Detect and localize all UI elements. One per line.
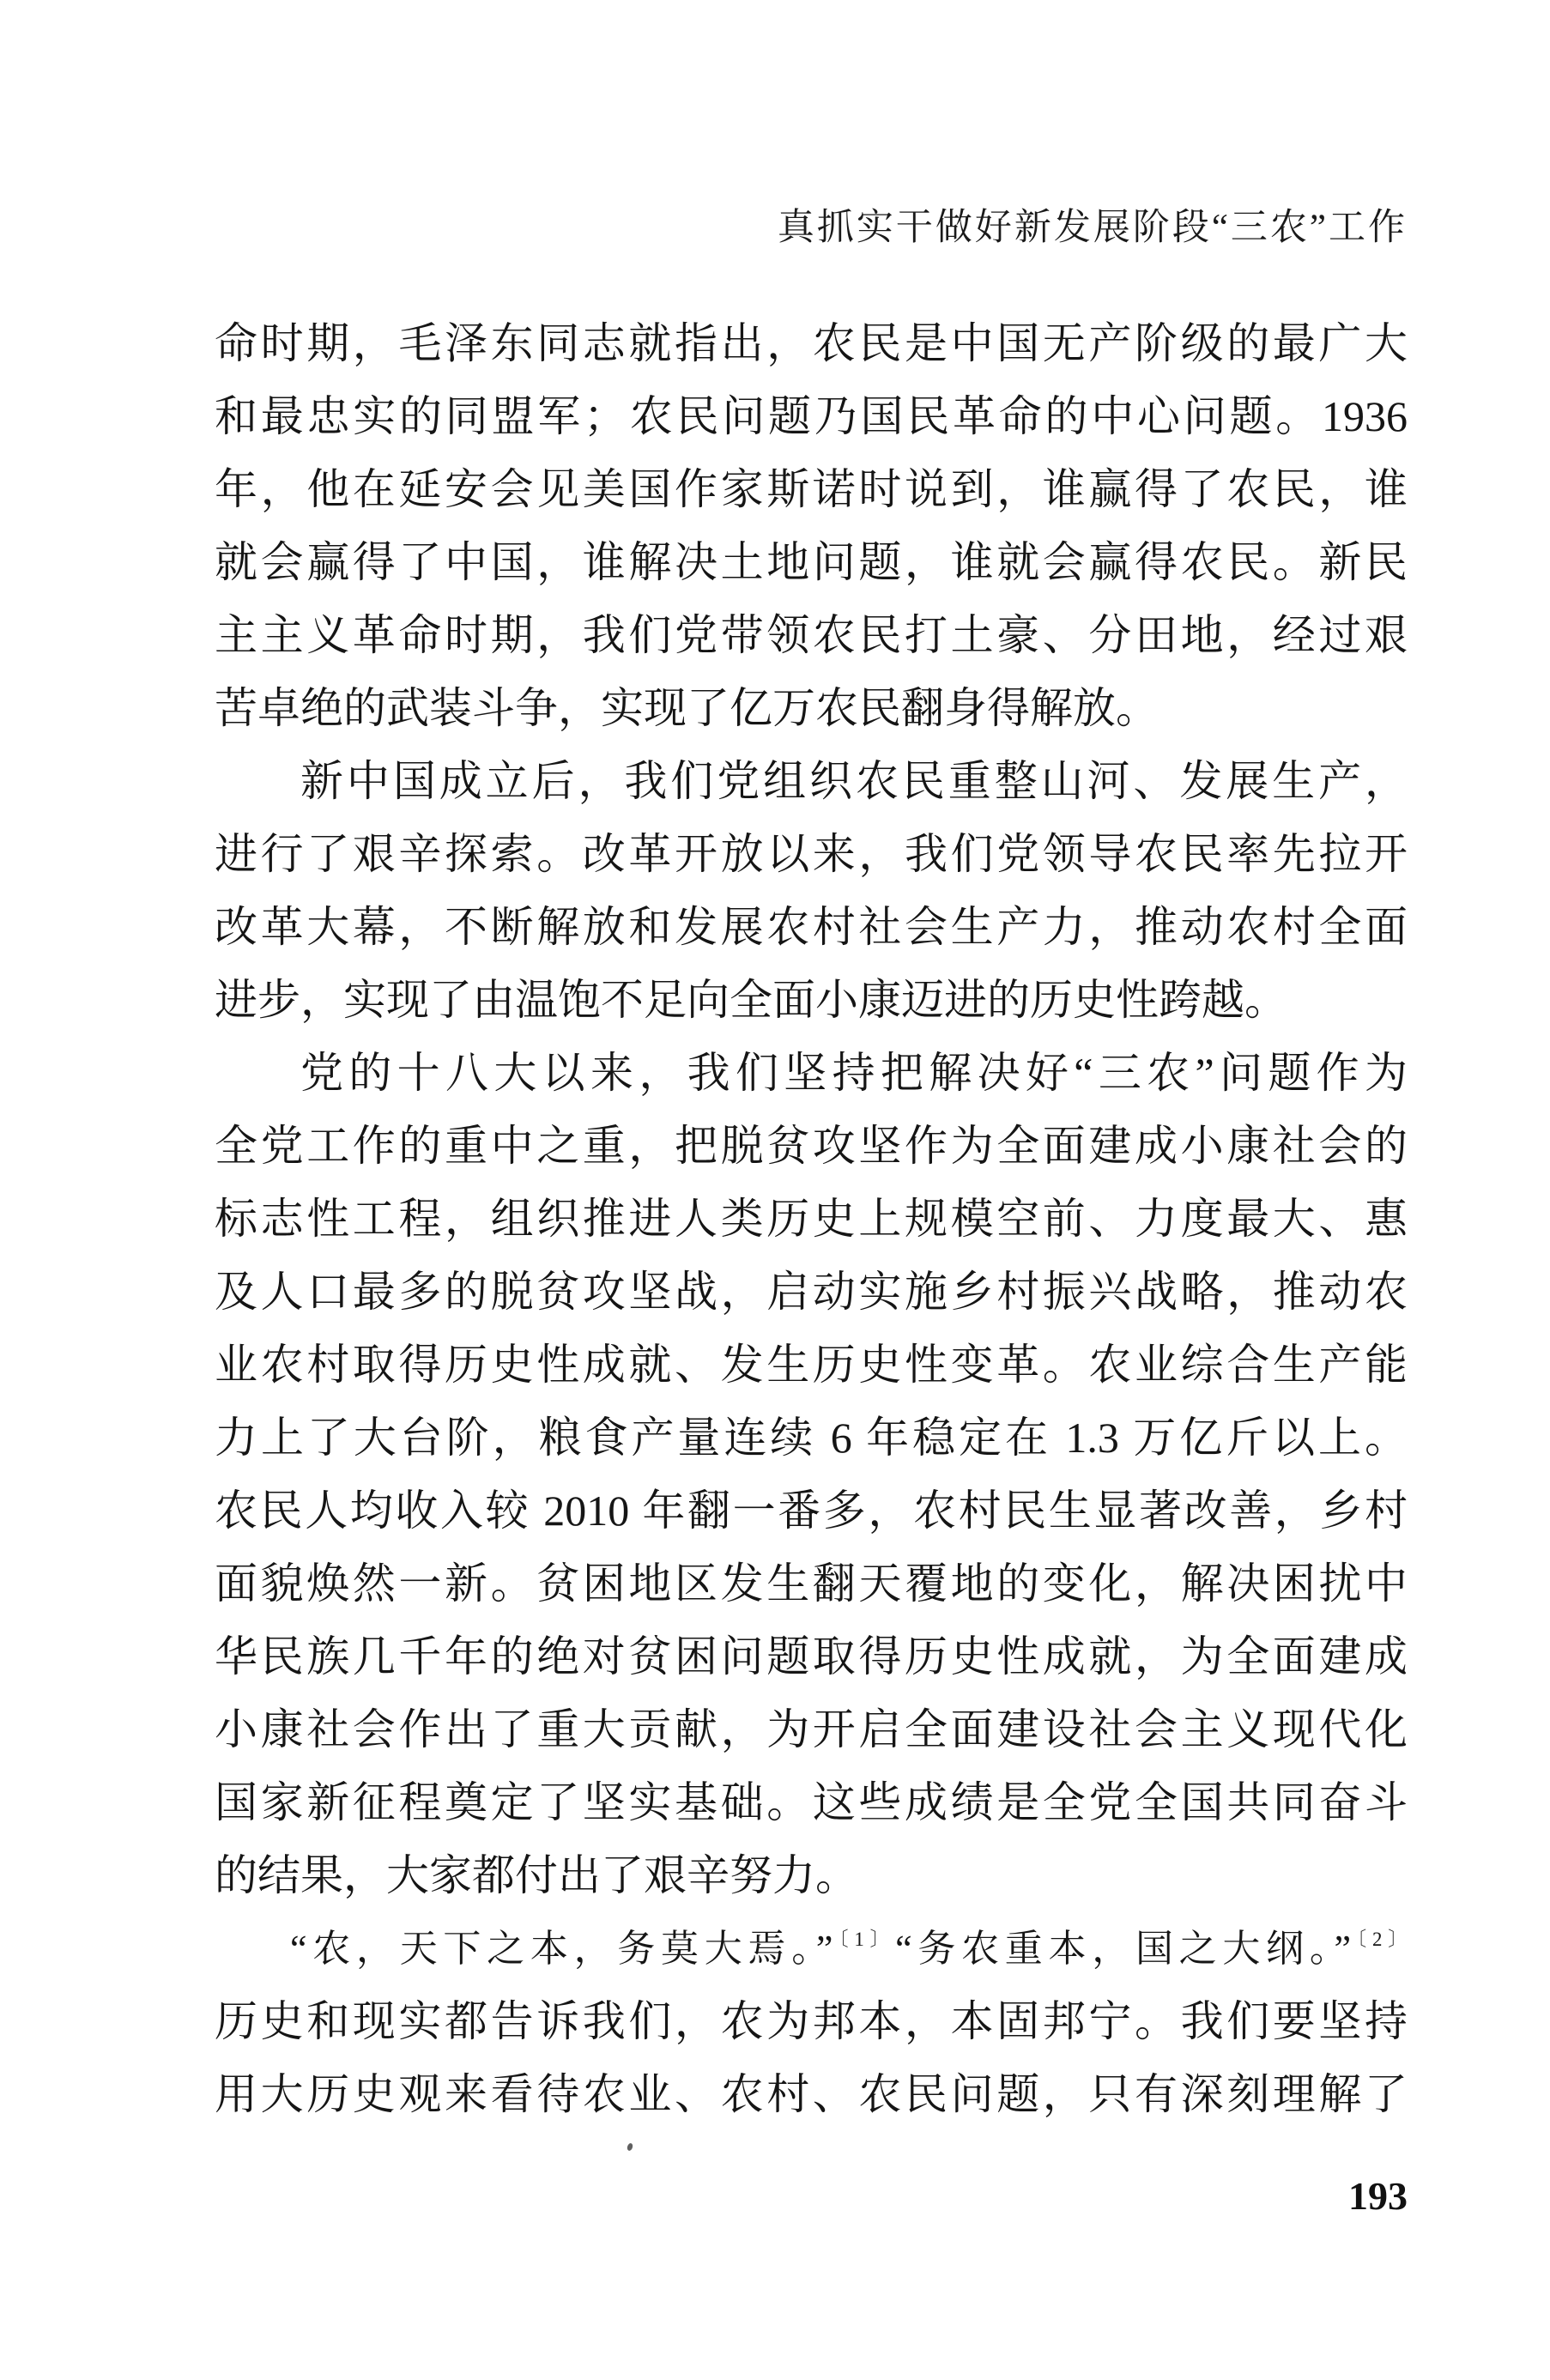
text-line: 面貌焕然一新。贫困地区发生翻天覆地的变化，解决困扰中 [215,1547,1408,1620]
text-line: 业农村取得历史性成就、发生历史性变革。农业综合生产能 [215,1329,1408,1402]
text-line: 进行了艰辛探索。改革开放以来，我们党领导农民率先拉开 [215,818,1408,891]
text-line: 进步，实现了由温饱不足向全面小康迈进的历史性跨越。 [215,964,1408,1037]
text-run: 就会赢得了中国，谁解决土地问题，谁就会赢得农民。新民 [215,538,1408,586]
footnote-marker: 〔1〕 [833,1929,895,1950]
text-line: 华民族几千年的绝对贫困问题取得历史性成就，为全面建成 [215,1620,1408,1693]
text-line: 就会赢得了中国，谁解决土地问题，谁就会赢得农民。新民 [215,526,1408,599]
text-run: 改革大幕，不断解放和发展农村社会生产力，推动农村全面 [215,903,1408,951]
text-line: 及人口最多的脱贫攻坚战，启动实施乡村振兴战略，推动农 [215,1256,1408,1329]
text-line: 历史和现实都告诉我们，农为邦本，本固邦宁。我们要坚持 [215,1985,1408,2058]
text-run: 历史和现实都告诉我们，农为邦本，本固邦宁。我们要坚持 [215,1997,1408,2045]
running-header: 真抓实干做好新发展阶段“三农”工作 [215,198,1408,251]
text-run: 用大历史观来看待农业、农村、农民问题，只有深刻理解了 [215,2070,1408,2118]
scan-artifact-dot [627,2142,633,2151]
text-run: 全党工作的重中之重，把脱贫攻坚作为全面建成小康社会的 [215,1122,1408,1170]
text-run: “务农重本，国之大纲。” [895,1928,1351,1970]
text-run: 进行了艰辛探索。改革开放以来，我们党领导农民率先拉开 [215,830,1408,878]
text-run: “农，天下之本，务莫大焉。” [290,1928,833,1970]
text-run: 新中国成立后，我们党组织农民重整山河、发展生产， [300,757,1408,805]
text-run: 力上了大台阶，粮食产量连续 6 年稳定在 1.3 万亿斤以上。 [215,1414,1408,1462]
text-line: 命时期，毛泽东同志就指出，农民是中国无产阶级的最广大 [215,307,1408,380]
text-line: 新中国成立后，我们党组织农民重整山河、发展生产， [215,745,1408,818]
body-text: 命时期，毛泽东同志就指出，农民是中国无产阶级的最广大和最忠实的同盟军；农民问题乃… [215,307,1408,2131]
text-line: 标志性工程，组织推进人类历史上规模空前、力度最大、惠 [215,1183,1408,1256]
text-line: 和最忠实的同盟军；农民问题乃国民革命的中心问题。1936 [215,380,1408,453]
text-line: 党的十八大以来，我们坚持把解决好“三农”问题作为 [215,1037,1408,1110]
text-line: 用大历史观来看待农业、农村、农民问题，只有深刻理解了 [215,2058,1408,2131]
text-run: 业农村取得历史性成就、发生历史性变革。农业综合生产能 [215,1341,1408,1389]
text-line: 力上了大台阶，粮食产量连续 6 年稳定在 1.3 万亿斤以上。 [215,1402,1408,1475]
text-run: 进步，实现了由温饱不足向全面小康迈进的历史性跨越。 [215,976,1287,1024]
text-line: 农民人均收入较 2010 年翻一番多，农村民生显著改善，乡村 [215,1475,1408,1547]
text-line: “农，天下之本，务莫大焉。”〔1〕“务农重本，国之大纲。”〔2〕 [215,1912,1408,1985]
text-run: 命时期，毛泽东同志就指出，农民是中国无产阶级的最广大 [215,319,1408,367]
text-run: 年，他在延安会见美国作家斯诺时说到，谁赢得了农民，谁 [215,465,1408,513]
text-line: 小康社会作出了重大贡献，为开启全面建设社会主义现代化 [215,1693,1408,1766]
text-line: 全党工作的重中之重，把脱贫攻坚作为全面建成小康社会的 [215,1110,1408,1183]
text-run: 国家新征程奠定了坚实基础。这些成绩是全党全国共同奋斗 [215,1778,1408,1826]
text-line: 主主义革命时期，我们党带领农民打土豪、分田地，经过艰 [215,599,1408,672]
text-run: 农民人均收入较 2010 年翻一番多，农村民生显著改善，乡村 [215,1487,1408,1535]
page-number: 193 [215,2173,1408,2219]
text-run: 主主义革命时期，我们党带领农民打土豪、分田地，经过艰 [215,611,1408,659]
text-run: 及人口最多的脱贫攻坚战，启动实施乡村振兴战略，推动农 [215,1268,1408,1316]
text-run: 苦卓绝的武装斗争，实现了亿万农民翻身得解放。 [215,684,1159,732]
text-line: 国家新征程奠定了坚实基础。这些成绩是全党全国共同奋斗 [215,1766,1408,1839]
text-run: 和最忠实的同盟军；农民问题乃国民革命的中心问题。1936 [215,392,1408,440]
text-run: 标志性工程，组织推进人类历史上规模空前、力度最大、惠 [215,1195,1408,1243]
text-line: 的结果，大家都付出了艰辛努力。 [215,1839,1408,1912]
text-line: 苦卓绝的武装斗争，实现了亿万农民翻身得解放。 [215,672,1408,745]
text-run: 的结果，大家都付出了艰辛努力。 [215,1851,858,1899]
text-run: 华民族几千年的绝对贫困问题取得历史性成就，为全面建成 [215,1632,1408,1681]
text-run: 小康社会作出了重大贡献，为开启全面建设社会主义现代化 [215,1705,1408,1753]
text-line: 改革大幕，不断解放和发展农村社会生产力，推动农村全面 [215,891,1408,964]
footnote-marker: 〔2〕 [1351,1929,1408,1950]
text-run: 党的十八大以来，我们坚持把解决好“三农”问题作为 [300,1049,1408,1097]
text-run: 面貌焕然一新。贫困地区发生翻天覆地的变化，解决困扰中 [215,1559,1408,1608]
book-page: 真抓实干做好新发展阶段“三农”工作 命时期，毛泽东同志就指出，农民是中国无产阶级… [0,0,1550,2380]
text-line: 年，他在延安会见美国作家斯诺时说到，谁赢得了农民，谁 [215,453,1408,526]
